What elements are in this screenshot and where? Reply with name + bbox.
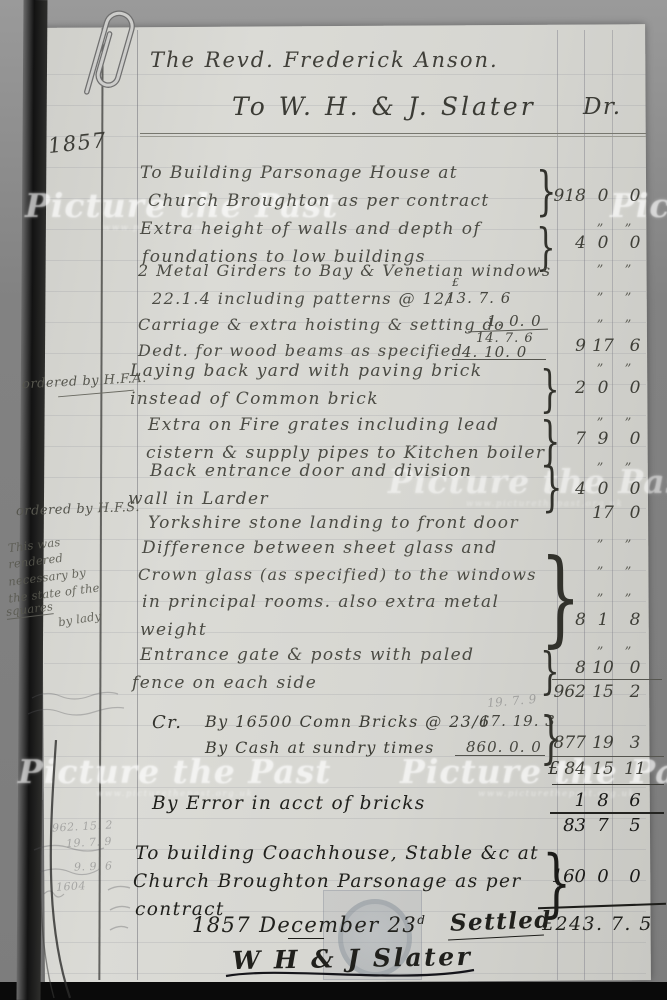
shillings: 0 (590, 866, 616, 887)
ditto-mark: ” (592, 645, 608, 660)
coachhouse-line: To building Coachhouse, Stable &c at (135, 843, 539, 864)
ditto-mark: ” (592, 416, 608, 431)
shillings: 9 (590, 429, 616, 449)
ditto-mark: ” (620, 565, 636, 580)
billed-to-line: To W. H. & J. Slater (232, 92, 536, 121)
header-rule-1 (140, 133, 646, 134)
pence: 6 (622, 336, 648, 356)
credit-label: Cr. (152, 712, 182, 733)
addressee-line: The Revd. Frederick Anson. (150, 48, 499, 72)
pounds: 7 (550, 429, 586, 449)
ditto-mark: ” (620, 362, 636, 377)
error-line: By Error in acct of bricks (152, 793, 426, 814)
signature-flourish (222, 962, 482, 986)
balance2-row: 8375 (550, 815, 664, 837)
pounds: 8 (550, 610, 586, 630)
shillings: 19 (590, 733, 616, 753)
credit-total-row: 877193 (550, 733, 664, 755)
pounds: 877 (550, 733, 586, 753)
error-rule (550, 812, 664, 814)
entry-line: Laying back yard with paving brick (130, 361, 482, 381)
pence: 0 (622, 378, 648, 398)
amount-row: 400 (550, 479, 664, 501)
pounds: 962 (550, 682, 586, 702)
settlement-day-suffix: d (417, 913, 426, 927)
ditto-mark: ” (592, 318, 608, 333)
ditto-mark: ” (620, 592, 636, 607)
coachhouse-amount-row: 16000 (550, 866, 664, 888)
pound-sign-small: £ (452, 276, 460, 289)
entry-line: wall in Larder (128, 489, 269, 509)
entry-line: Entrance gate & posts with paled (140, 645, 474, 665)
pounds: 2 (550, 378, 586, 398)
pence: 3 (622, 733, 648, 753)
final-total: £243. 7. 5 (542, 913, 653, 935)
error-amount-row: 186 (550, 790, 664, 812)
shillings: 0 (590, 186, 616, 206)
shillings: 15 (590, 759, 616, 779)
ditto-mark: ” (592, 538, 608, 553)
pence: 0 (622, 866, 648, 887)
ditto-mark: ” (592, 291, 608, 306)
inner-rule (452, 359, 546, 360)
settlement-date-text: 1857 December 23 (192, 913, 417, 937)
entry-line: 22.1.4 including patterns @ 12/ (152, 289, 452, 308)
page-curl-edge (30, 740, 90, 1000)
pence: 0 (622, 429, 648, 449)
entry-line: weight (140, 620, 207, 640)
amount-row: 170 (550, 503, 664, 525)
date-underline (288, 938, 324, 939)
pounds: 918 (550, 186, 586, 206)
pence: 11 (622, 759, 648, 779)
amount-row: 9176 (550, 336, 664, 358)
pence: 6 (622, 790, 648, 811)
pounds: 4 (550, 233, 586, 253)
pence: 8 (622, 610, 648, 630)
pounds: 4 (550, 479, 586, 499)
pounds: 160 (550, 866, 586, 887)
ditto-mark: ” (620, 416, 636, 431)
ditto-mark: ” (592, 461, 608, 476)
subtotal-rule (552, 679, 662, 680)
pounds: 9 (550, 336, 586, 356)
inner-sum: 1. 0. 0 (487, 312, 542, 330)
ditto-mark: ” (592, 263, 608, 278)
entry-line: fence on each side (132, 673, 317, 693)
amount-row: 200 (550, 378, 664, 400)
entry-line: Difference between sheet glass and (142, 538, 498, 558)
coachhouse-line: Church Broughton Parsonage as per (133, 871, 522, 892)
ditto-mark: ” (592, 565, 608, 580)
amount-row: 91800 (550, 186, 664, 208)
balance-rule (552, 756, 664, 757)
entry-line: Yorkshire stone landing to front door (148, 513, 519, 533)
settled-label: Settled (450, 906, 553, 937)
ditto-mark: ” (620, 291, 636, 306)
entry-line: Extra on Fire grates including lead (148, 415, 499, 435)
shillings: 15 (590, 682, 616, 702)
balance-rule (552, 784, 664, 785)
entry-line: Church Broughton as per contract (148, 191, 490, 211)
inner-sum: 13. 7. 6 (446, 289, 511, 307)
ditto-mark: ” (620, 645, 636, 660)
amount-row: 790 (550, 429, 664, 451)
inner-sum: 860. 0. 0 (466, 738, 542, 756)
debtor-abbrev: Dr. (583, 94, 621, 120)
shillings: 17 (590, 503, 616, 523)
pence: 0 (622, 503, 648, 523)
settlement-date: 1857 December 23d (192, 913, 426, 937)
pence: 2 (622, 682, 648, 702)
amount-row: 8100 (550, 658, 664, 680)
pence: 5 (622, 815, 648, 836)
shillings: 0 (590, 479, 616, 499)
credit-line: By Cash at sundry times (205, 738, 435, 757)
ditto-mark: ” (620, 461, 636, 476)
shillings: 0 (590, 378, 616, 398)
pence: 0 (622, 479, 648, 499)
ditto-mark: ” (592, 592, 608, 607)
photographed-document: { "watermark": { "text": "Picture the Pa… (0, 0, 667, 1000)
pounds: 8 (550, 658, 586, 678)
shillings: 7 (590, 815, 616, 836)
pounds: 1 (550, 790, 586, 811)
entry-line: To Building Parsonage House at (140, 163, 458, 183)
entry-line: Crown glass (as specified) to the window… (138, 565, 537, 584)
amount-row: 818 (550, 610, 664, 632)
ditto-mark: ” (620, 222, 636, 237)
ditto-mark: ” (620, 318, 636, 333)
ditto-mark: ” (592, 222, 608, 237)
ditto-mark: ” (592, 362, 608, 377)
pounds: 83 (550, 815, 586, 836)
inner-rule (455, 755, 545, 756)
entry-line: Back entrance door and division (150, 461, 472, 481)
entry-line: Dedt. for wood beams as specified (138, 341, 463, 360)
balance-row: 841511 (550, 759, 664, 781)
entry-line: Carriage & extra hoisting & setting do (138, 315, 505, 334)
entry-line: in principal rooms. also extra metal (142, 592, 499, 612)
header-rule-2 (140, 136, 646, 137)
brace: } (540, 536, 581, 658)
credit-line: By 16500 Comn Bricks @ 23/6 (205, 712, 491, 731)
entry-line: cistern & supply pipes to Kitchen boiler (146, 443, 545, 463)
ditto-mark: ” (620, 263, 636, 278)
pence: 0 (622, 658, 648, 678)
pence: 0 (622, 186, 648, 206)
pencil-scribbles (26, 686, 146, 726)
pounds: 84 (550, 759, 586, 779)
shillings: 8 (590, 790, 616, 811)
ditto-mark: ” (620, 538, 636, 553)
entry-line: Extra height of walls and depth of (140, 219, 481, 239)
entry-line: instead of Common brick (130, 389, 379, 409)
entry-line: 2 Metal Girders to Bay & Venetian window… (138, 261, 552, 280)
shillings: 1 (590, 610, 616, 630)
shillings: 10 (590, 658, 616, 678)
subtotal-row: 962152 (550, 682, 664, 704)
shillings: 17 (590, 336, 616, 356)
